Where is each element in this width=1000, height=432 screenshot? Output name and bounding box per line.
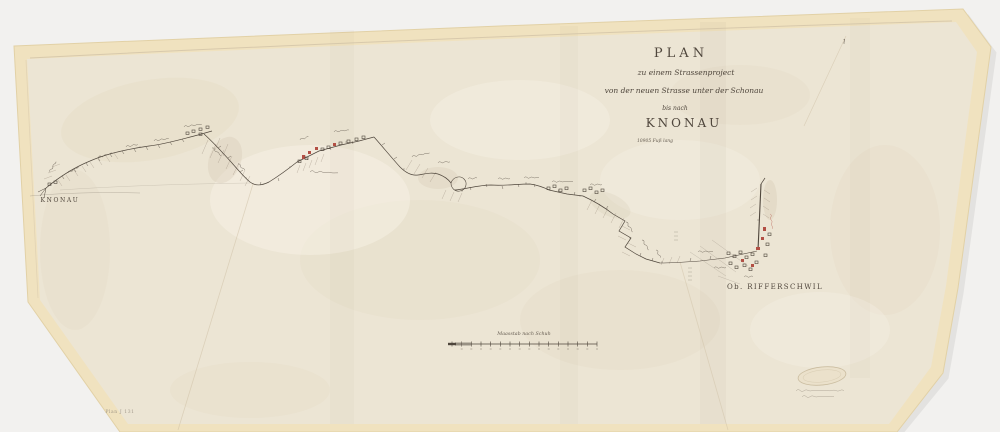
archive-number-note: Plan J 131: [105, 409, 134, 415]
label-ob-rifferschwil: Ob. RIFFERSCHWIL: [727, 283, 823, 291]
plan-title: PLAN: [654, 46, 708, 61]
label-knonau: KNONAU: [41, 197, 80, 204]
title-length-note: 10905 Fuß lang: [637, 138, 673, 144]
title-subtitle-3: bis nach: [662, 105, 688, 112]
title-subtitle-1: zu einem Strassenproject: [637, 68, 736, 77]
scale-caption: Maasstab nach Schuh: [496, 331, 550, 337]
title-subtitle-2: von der neuen Strasse unter der Schonau: [605, 86, 764, 95]
title-place: KNONAU: [646, 116, 723, 130]
scanned-map-page: PLAN zu einem Strassenproject von der ne…: [0, 0, 1000, 432]
map-scan: PLAN zu einem Strassenproject von der ne…: [0, 0, 1000, 432]
